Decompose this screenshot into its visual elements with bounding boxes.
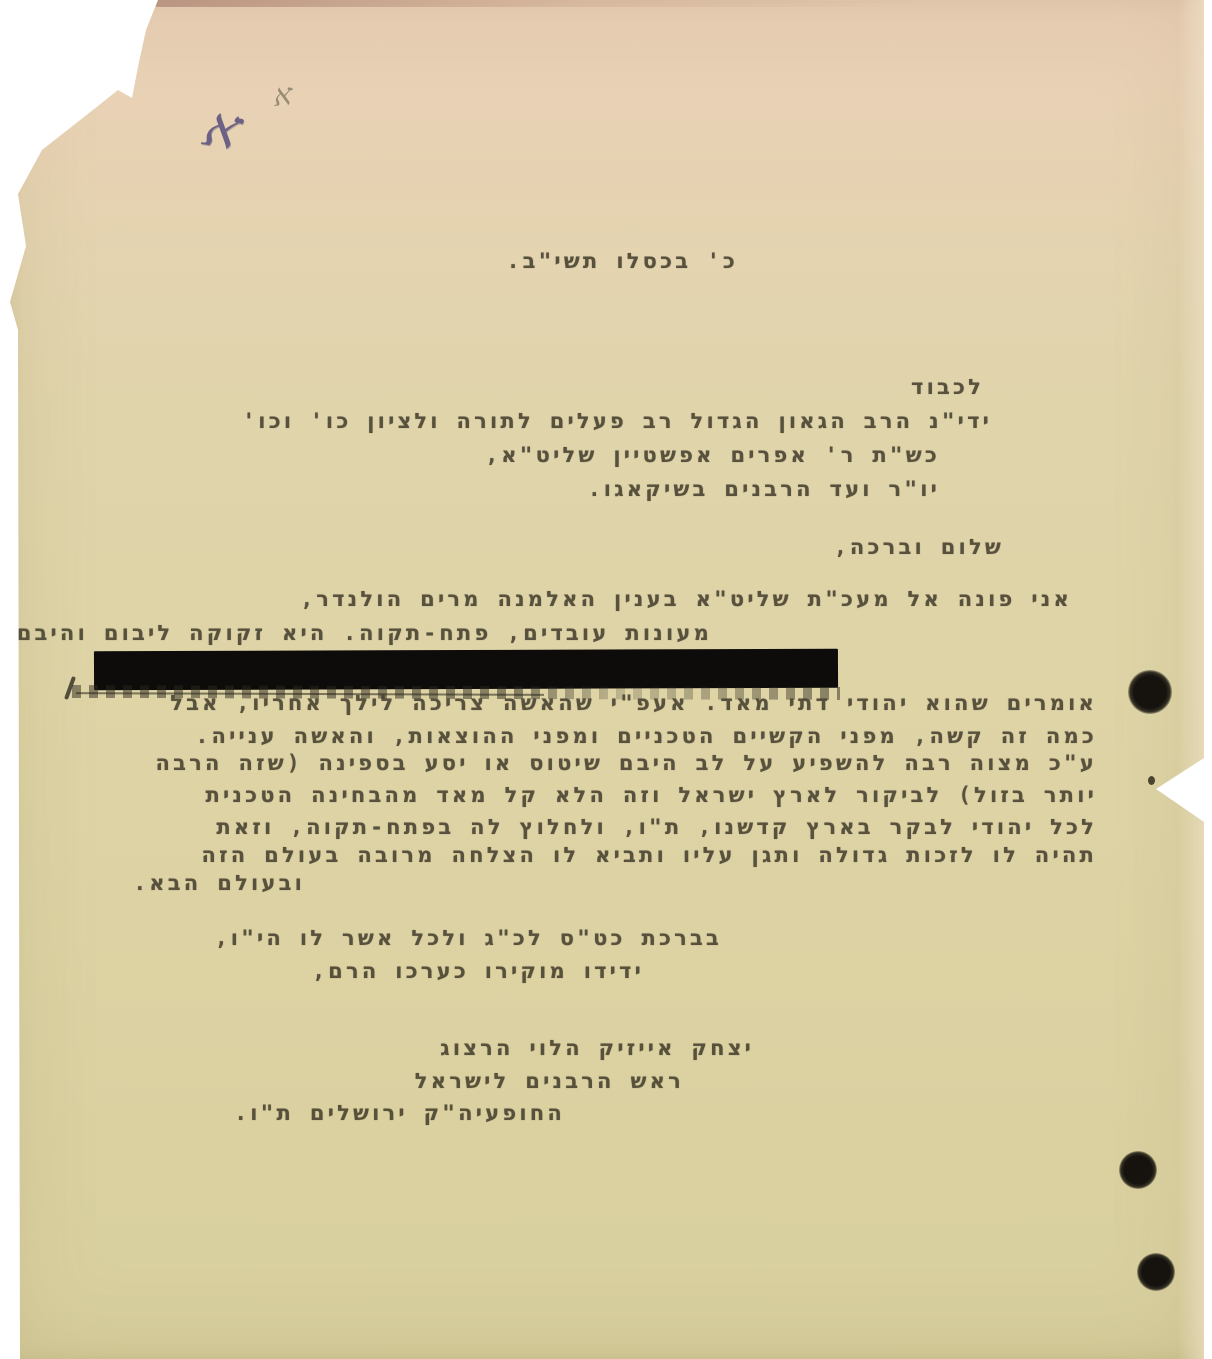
body-line: כמה זה קשה, מפני הקשיים הטכניים ומפני הה… bbox=[196, 725, 1097, 747]
body-line: אומרים שהוא יהודי דתי מאד. אעפ"י שהאשה צ… bbox=[170, 692, 1097, 714]
intro-line: אני פונה אל מעכ"ת שליט"א בענין האלמנה מר… bbox=[300, 588, 1072, 610]
address-line: כש"ת ר' אפרים אפשטיין שליט"א, bbox=[485, 444, 940, 466]
body-line: ובעולם הבא. bbox=[133, 872, 305, 894]
handwritten-aleph-mark-small: א bbox=[274, 77, 293, 114]
body-line: ע"כ מצוה רבה להשפיע על לב היבם שיטוס או … bbox=[156, 752, 1097, 774]
signature-place-line: החופעיה"ק ירושלים ת"ו. bbox=[234, 1102, 565, 1124]
closing-line: בברכת כט"ס לכ"ג ולכל אשר לו הי"ו, bbox=[215, 927, 722, 949]
body-line: לכל יהודי לבקר בארץ קדשנו, ת"ו, ולחלוץ ל… bbox=[216, 816, 1097, 838]
address-line: לכבוד bbox=[911, 376, 984, 398]
greeting-line: שלום וברכה, bbox=[834, 536, 1004, 558]
intro-line: מעונות עובדים, פתח-תקוה. היא זקוקה ליבום… bbox=[0, 622, 712, 644]
signature-title-line: ראש הרבנים לישראל bbox=[415, 1070, 684, 1092]
closing-line: ידידו מוקירו כערכו הרם, bbox=[312, 960, 644, 982]
tear-speck bbox=[1148, 776, 1155, 785]
punch-hole bbox=[1128, 670, 1172, 714]
address-line: יו"ר ועד הרבנים בשיקאגו. bbox=[588, 478, 940, 500]
paper-sheet: א א כ' בכסלו תשי"ב. לכבוד ידי"נ הרב הגאו… bbox=[6, 0, 1204, 1359]
punch-hole bbox=[1119, 1151, 1157, 1189]
body-line: תהיה לו לזכות גדולה ותגן עליו ותביא לו ה… bbox=[201, 844, 1097, 866]
scanned-letter-page: א א כ' בכסלו תשי"ב. לכבוד ידי"נ הרב הגאו… bbox=[0, 0, 1212, 1359]
torn-edge-shadow bbox=[154, 0, 914, 7]
redaction-bar bbox=[94, 649, 838, 691]
address-line: ידי"נ הרב הגאון הגדול רב פעלים לתורה ולצ… bbox=[242, 410, 992, 432]
handwritten-aleph-mark-large: א bbox=[195, 95, 250, 163]
body-line: יותר בזול) לביקור לארץ ישראל וזה הלא קל … bbox=[205, 784, 1097, 806]
punch-hole bbox=[1137, 1253, 1175, 1291]
signature-name-line: יצחק אייזיק הלוי הרצוג bbox=[440, 1037, 754, 1059]
date-line: כ' בכסלו תשי"ב. bbox=[507, 250, 738, 272]
